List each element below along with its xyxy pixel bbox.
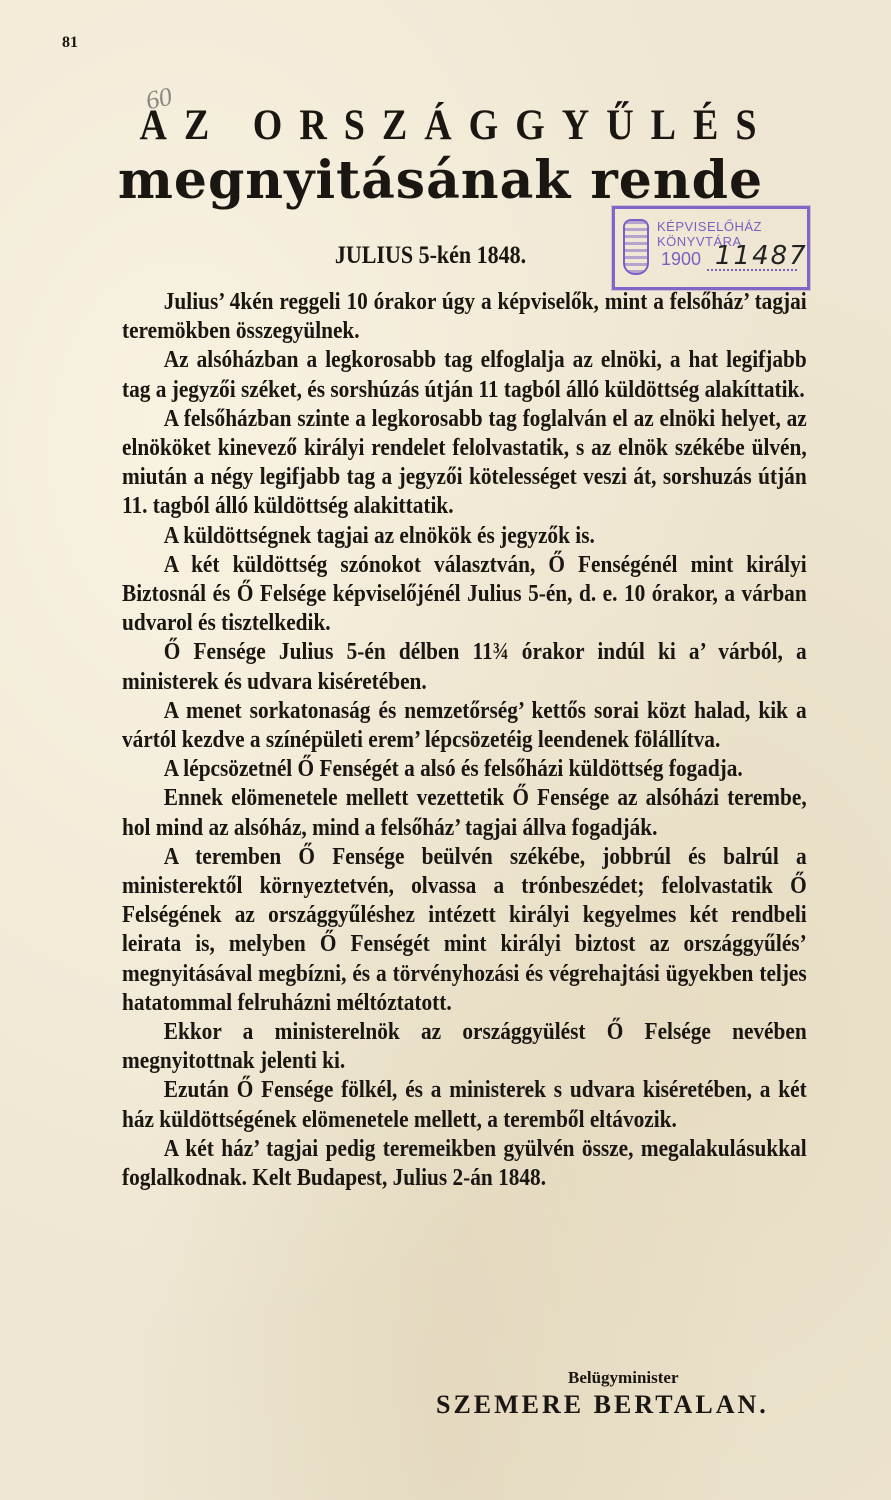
stamp-year: 1900	[661, 249, 701, 270]
page-number: 81	[62, 34, 78, 52]
signature-name: SZEMERE BERTALAN.	[436, 1390, 769, 1420]
paragraph: Ennek elömenetele mellett vezettetik Ő F…	[122, 783, 807, 841]
paragraph: A teremben Ő Fensége beülvén székébe, jo…	[122, 842, 807, 1017]
paragraph: Az alsóházban a legkorosabb tag elfoglal…	[122, 345, 807, 403]
stamp-inventory-number: 11487	[715, 241, 808, 271]
paragraph: A két küldöttség szónokot választván, Ő …	[122, 550, 807, 638]
document-body: Julius’ 4kén reggeli 10 órakor úgy a kép…	[122, 287, 807, 1192]
title-subheading: megnyitásának rende	[0, 150, 891, 211]
paragraph: A felsőházban szinte a legkorosabb tag f…	[122, 404, 807, 521]
paragraph: Ekkor a ministerelnök az országgyülést Ő…	[122, 1017, 807, 1075]
signature-title: Belügyminister	[568, 1368, 679, 1388]
coat-of-arms-icon	[623, 219, 649, 275]
paragraph: A két ház’ tagjai pedig teremeikben gyül…	[122, 1134, 807, 1192]
paragraph: A lépcsözetnél Ő Fenségét a alsó és fels…	[122, 754, 807, 783]
paragraph: A menet sorkatonaság és nemzetőrség’ ket…	[122, 696, 807, 754]
title-heading: AZ ORSZÁGGYŰLÉS	[0, 100, 891, 151]
paragraph: Ezután Ő Fensége fölkél, és a ministerek…	[122, 1075, 807, 1133]
paragraph: Julius’ 4kén reggeli 10 órakor úgy a kép…	[122, 287, 807, 345]
library-stamp: KÉPVISELŐHÁZ KÖNYVTÁRA 1900 11487	[612, 206, 810, 290]
paragraph: A küldöttségnek tagjai az elnökök és jeg…	[122, 521, 807, 550]
paragraph: Ő Fensége Julius 5-én délben 11¾ órakor …	[122, 637, 807, 695]
